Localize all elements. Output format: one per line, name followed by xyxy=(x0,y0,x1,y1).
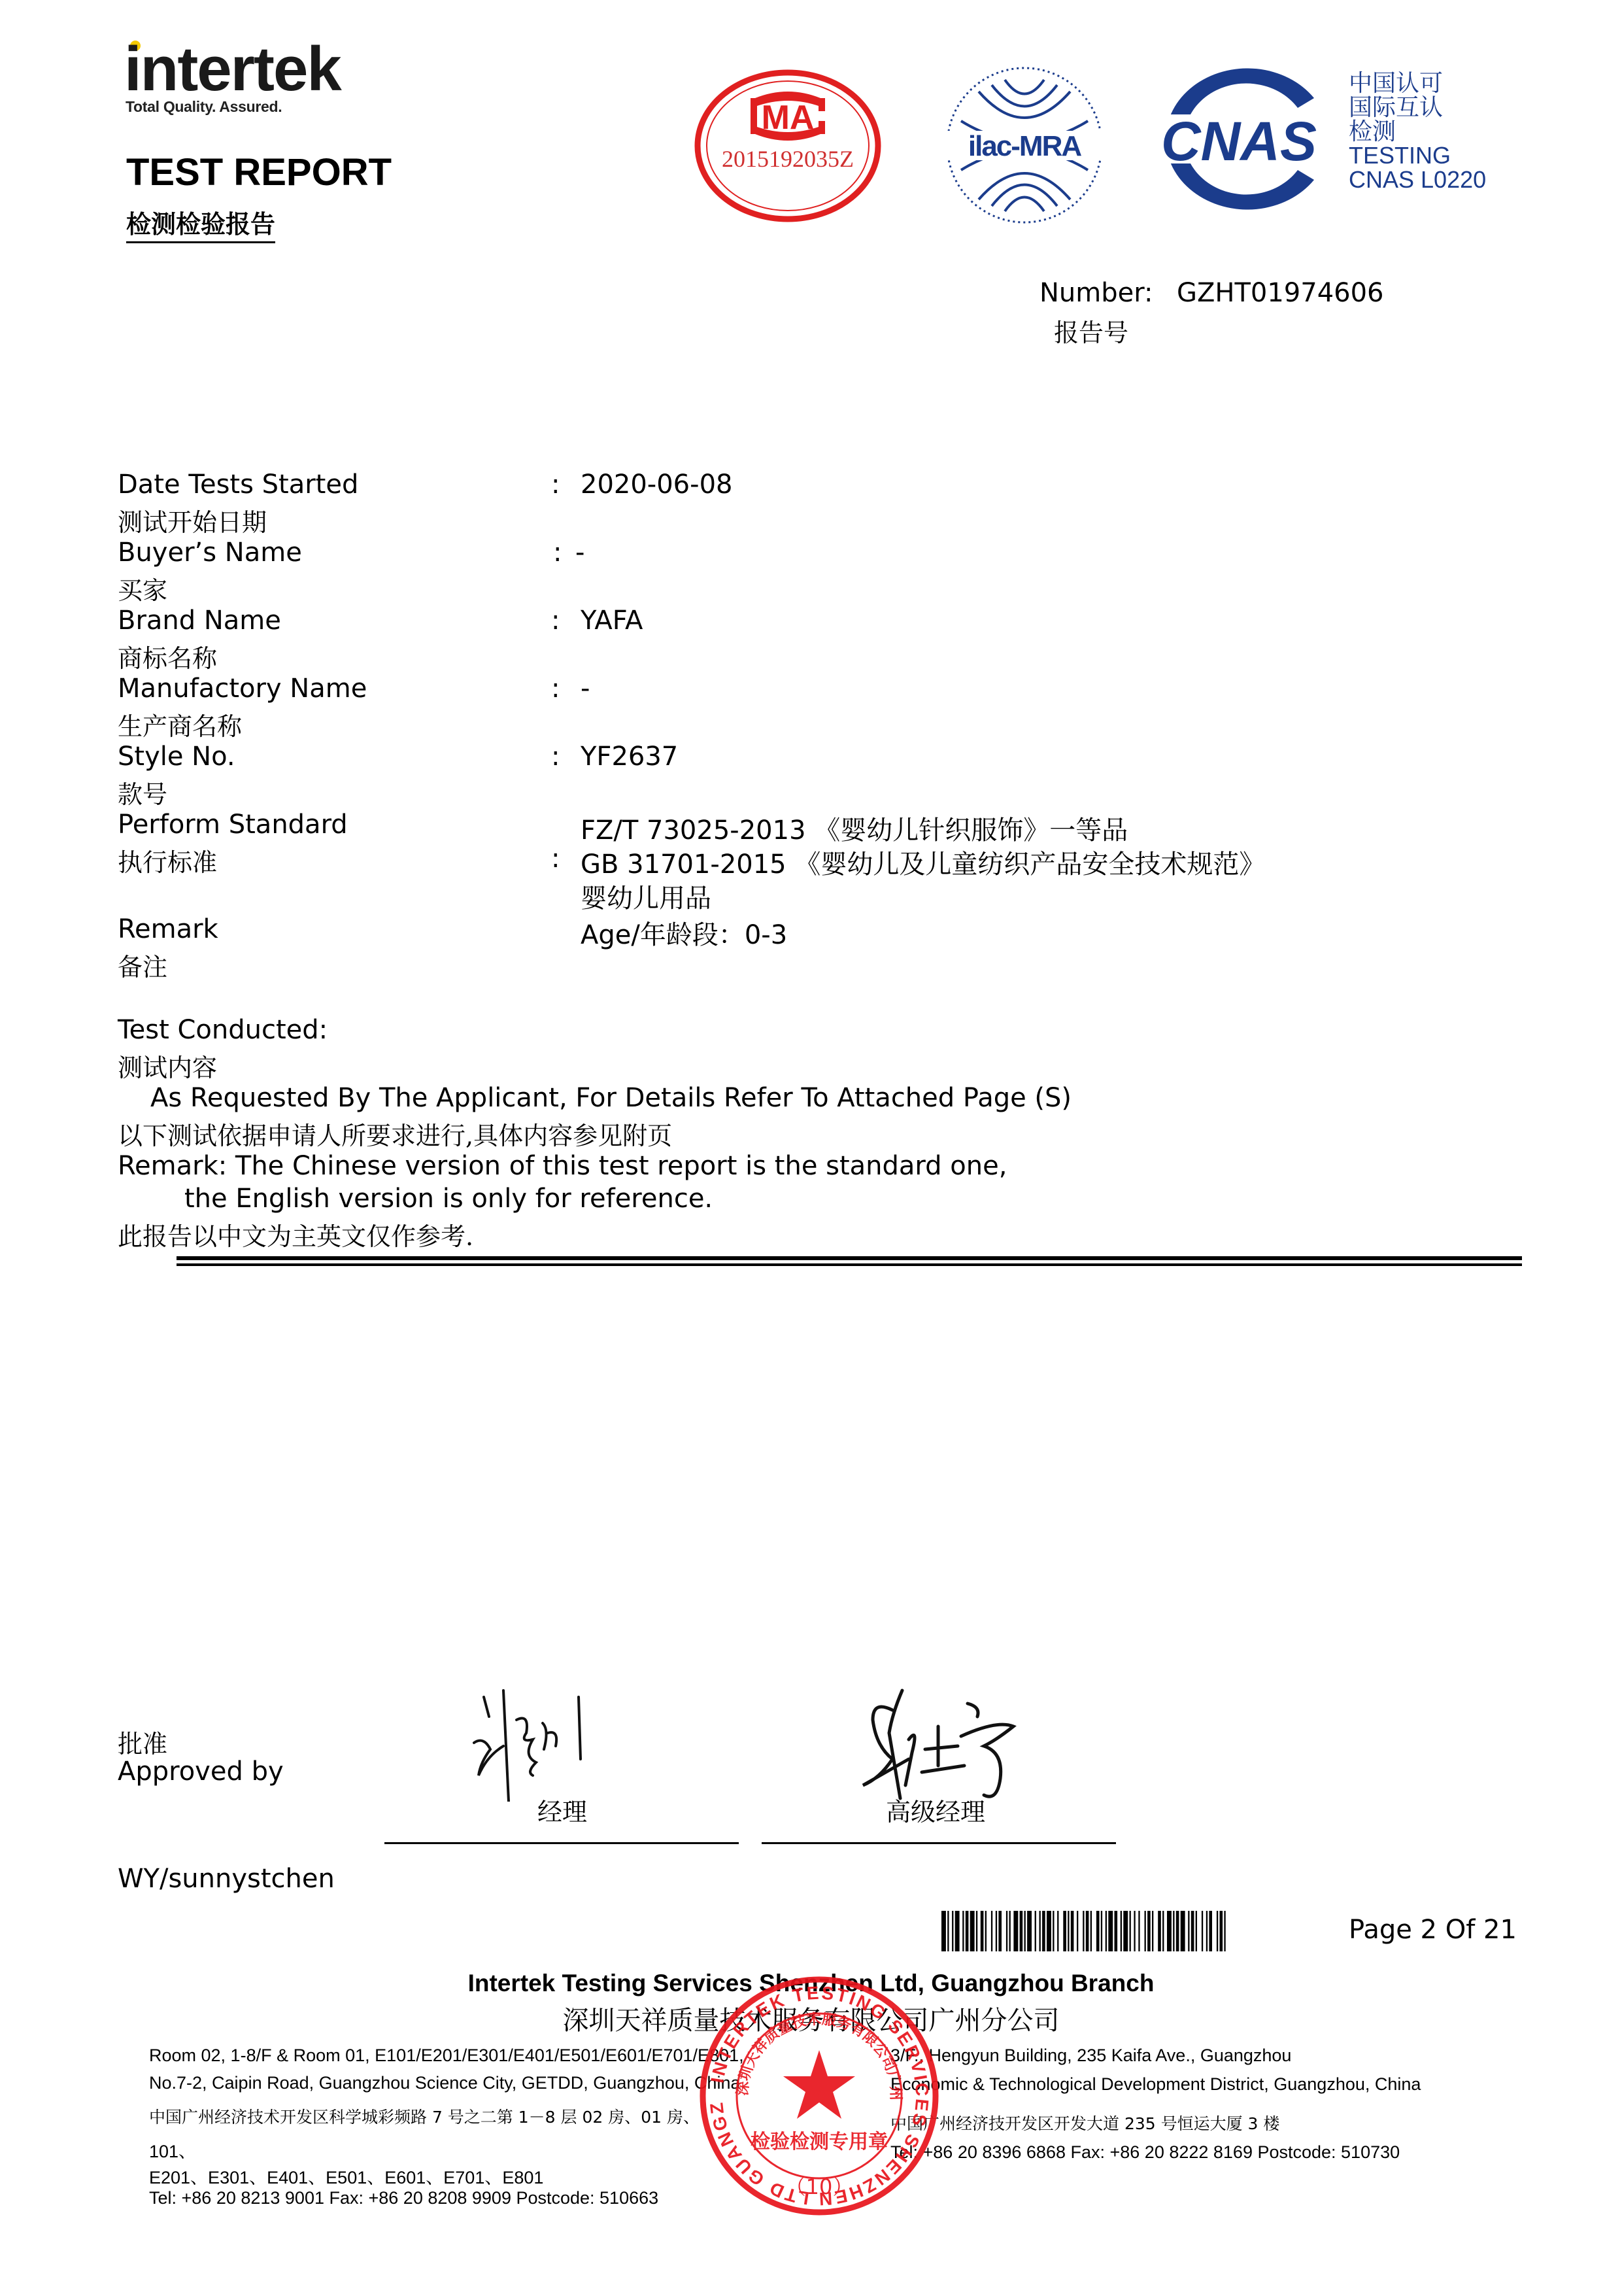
field-label-brand: Brand Name xyxy=(118,606,281,636)
address-line: Economic & Technological Development Dis… xyxy=(890,2074,1421,2108)
signature-line xyxy=(384,1842,739,1844)
signature-line xyxy=(762,1842,1116,1844)
field-label-manufactory: Manufactory Name xyxy=(118,674,367,704)
cnas-caption-line: 中国认可 xyxy=(1349,71,1486,95)
remark-line-2: the English version is only for referenc… xyxy=(184,1184,713,1214)
seal-number: （10） xyxy=(785,2174,854,2199)
field-label-standard: Perform Standard xyxy=(118,810,348,840)
address-line: No.7-2, Caipin Road, Guangzhou Science C… xyxy=(149,2073,744,2100)
intertek-logo: intertek xyxy=(124,38,341,101)
test-conducted-detail: As Requested By The Applicant, For Detai… xyxy=(150,1083,1072,1113)
cnas-label: CNAS xyxy=(1161,111,1317,172)
address-line: E201、E301、E401、E501、E601、E701、E801 xyxy=(149,2163,744,2188)
test-conducted-label-cn: 测试内容 xyxy=(118,1048,217,1084)
divider-rule xyxy=(177,1256,1522,1260)
address-line: 中国广州经济技开发区开发大道 235 号恒运大厦 3 楼 xyxy=(890,2108,1421,2142)
approval-label-cn: 批准 xyxy=(118,1724,167,1760)
cnas-caption-line: CNAS L0220 xyxy=(1349,167,1486,192)
cnas-logo: CNAS xyxy=(1144,62,1334,216)
field-colon: : xyxy=(553,538,562,568)
report-number-value: GZHT01974606 xyxy=(1177,278,1384,308)
field-colon: : xyxy=(551,844,560,874)
footer-address-left: Room 02, 1-8/F & Room 01, E101/E201/E301… xyxy=(149,2046,744,2214)
field-value-standard-line: 婴幼儿用品 xyxy=(581,878,711,915)
divider-rule xyxy=(177,1263,1522,1266)
prepared-by: WY/sunnystchen xyxy=(118,1864,335,1894)
ilac-label: ilac-MRA xyxy=(968,130,1081,162)
field-value-standard-line: GB 31701-2015 《婴幼儿及儿童纺织产品安全技术规范》 xyxy=(581,844,1265,881)
ilac-mra-logo: ilac-MRA xyxy=(941,65,1108,226)
field-label-brand-cn: 商标名称 xyxy=(118,638,217,674)
field-label-manufactory-cn: 生产商名称 xyxy=(118,706,242,742)
report-title-cn: 检测检验报告 xyxy=(126,204,275,243)
field-value-manufactory: - xyxy=(581,674,590,704)
field-label-buyer: Buyer’s Name xyxy=(118,538,302,568)
field-label-date-cn: 测试开始日期 xyxy=(118,502,267,538)
address-line: Tel: +86 20 8213 9001 Fax: +86 20 8208 9… xyxy=(149,2188,744,2214)
field-colon: : xyxy=(551,470,560,500)
cma-label: MA xyxy=(762,99,815,137)
cnas-caption-line: TESTING xyxy=(1349,143,1486,167)
approval-label: Approved by xyxy=(118,1756,284,1787)
page-indicator: Page 2 Of 21 xyxy=(1349,1915,1517,1945)
address-line: Room 02, 1-8/F & Room 01, E101/E201/E301… xyxy=(149,2046,744,2073)
field-value-standard-line: FZ/T 73025-2013 《婴幼儿针织服饰》一等品 xyxy=(581,810,1128,847)
address-line: 中国广州经济技术开发区科学城彩频路 7 号之二第 1－8 层 02 房、01 房… xyxy=(149,2100,744,2137)
cnas-caption-line: 国际互认 xyxy=(1349,95,1486,119)
address-line: 3/F., Hengyun Building, 235 Kaifa Ave., … xyxy=(890,2046,1421,2074)
field-value-buyer: - xyxy=(575,538,584,568)
footer-address-right: 3/F., Hengyun Building, 235 Kaifa Ave., … xyxy=(890,2046,1421,2168)
seal-center-text: 检验检测专用章 xyxy=(751,2131,888,2153)
field-label-date: Date Tests Started xyxy=(118,470,358,500)
cnas-caption-line: 检测 xyxy=(1349,119,1486,143)
test-conducted-detail-cn: 以下测试依据申请人所要求进行,具体内容参见附页 xyxy=(118,1116,672,1152)
field-colon: : xyxy=(551,606,560,636)
test-conducted-label: Test Conducted: xyxy=(118,1015,328,1045)
remark-line-1: Remark: The Chinese version of this test… xyxy=(118,1151,1007,1181)
barcode xyxy=(941,1911,1319,1951)
address-line: Tel: +86 20 8396 6868 Fax: +86 20 8222 8… xyxy=(890,2142,1421,2168)
field-value-date: 2020-06-08 xyxy=(581,470,732,500)
field-label-remark: Remark xyxy=(118,914,218,944)
field-label-remark-cn: 备注 xyxy=(118,947,167,983)
cma-code: 2015192035Z xyxy=(722,146,854,172)
field-colon: : xyxy=(551,674,560,704)
address-line: 101、 xyxy=(149,2137,744,2163)
cma-logo: MA 2015192035Z xyxy=(693,69,883,222)
field-label-buyer-cn: 买家 xyxy=(118,570,167,606)
report-number-label-cn: 报告号 xyxy=(1054,313,1128,349)
signatory-title: 高级经理 xyxy=(886,1792,985,1828)
field-label-style-cn: 款号 xyxy=(118,774,167,810)
signature-manager xyxy=(471,1684,654,1802)
cnas-caption: 中国认可 国际互认 检测 TESTING CNAS L0220 xyxy=(1349,71,1486,192)
field-value-style: YF2637 xyxy=(581,742,678,772)
remark-cn: 此报告以中文为主英文仅作参考. xyxy=(118,1216,473,1252)
company-seal: INTERTEK TESTING SERVICES SHENZHEN LTD G… xyxy=(695,1972,943,2220)
field-label-style: Style No. xyxy=(118,742,235,772)
field-value-brand: YAFA xyxy=(581,606,643,636)
field-value-remark: Age/年龄段：0-3 xyxy=(581,914,787,951)
signatory-title: 经理 xyxy=(537,1792,587,1828)
field-label-standard-cn: 执行标准 xyxy=(118,842,217,878)
field-colon: : xyxy=(551,742,560,772)
report-number-label: Number: xyxy=(1039,278,1153,308)
report-title: TEST REPORT xyxy=(126,150,392,194)
logo-tagline: Total Quality. Assured. xyxy=(126,98,282,116)
seal-star-icon xyxy=(783,2050,855,2119)
